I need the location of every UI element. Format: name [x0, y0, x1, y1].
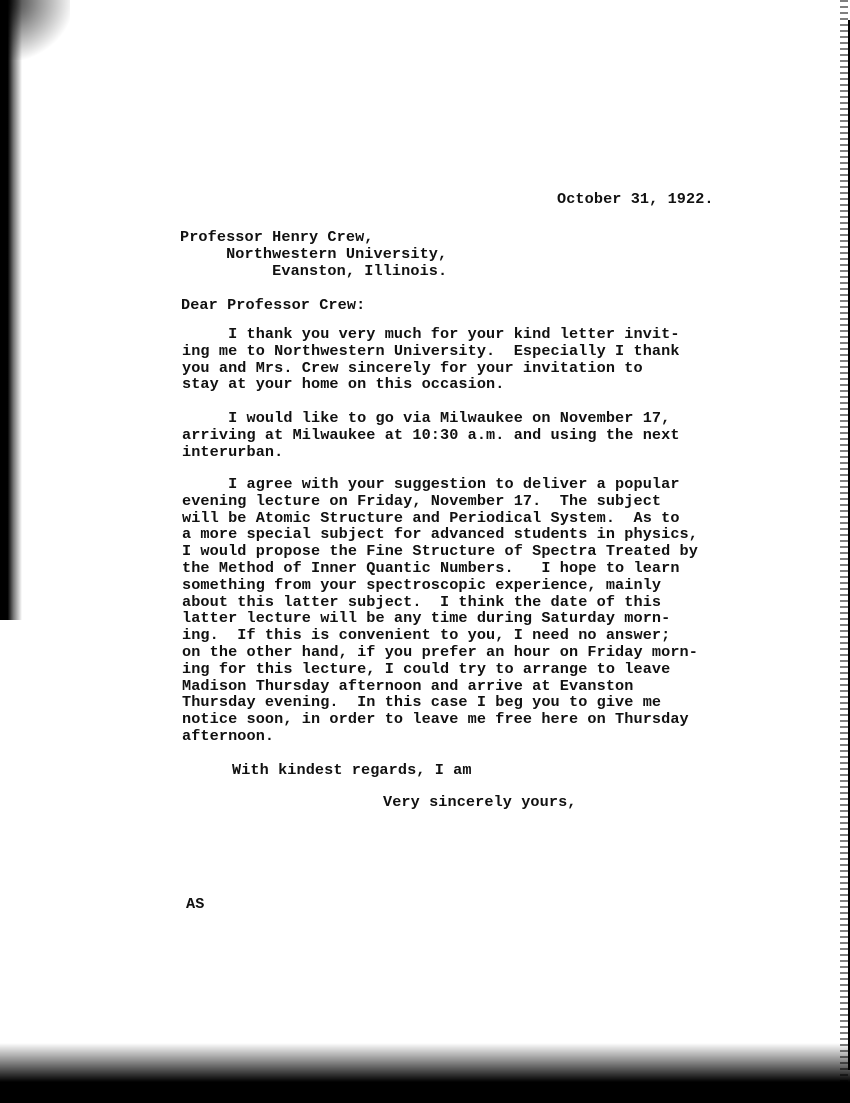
letter-page: October 31, 1922. Professor Henry Crew, …	[0, 0, 850, 1103]
closing: With kindest regards, I am	[232, 762, 472, 779]
paragraph-line: on the other hand, if you prefer an hour…	[182, 643, 698, 661]
paragraph-line: you and Mrs. Crew sincerely for your inv…	[182, 359, 643, 377]
signoff: Very sincerely yours,	[383, 794, 577, 811]
paragraph-line: I would like to go via Milwaukee on Nove…	[182, 409, 670, 427]
paragraph-line: latter lecture will be any time during S…	[182, 609, 670, 627]
paragraph-line: afternoon.	[182, 727, 274, 745]
paragraph-line: Madison Thursday afternoon and arrive at…	[182, 677, 634, 695]
paragraph-line: stay at your home on this occasion.	[182, 375, 505, 393]
letter-date: October 31, 1922.	[557, 191, 714, 208]
paragraph-line: about this latter subject. I think the d…	[182, 593, 661, 611]
paragraph-line: interurban.	[182, 443, 283, 461]
paragraph-line: Thursday evening. In this case I beg you…	[182, 693, 661, 711]
paragraph-line: will be Atomic Structure and Periodical …	[182, 509, 680, 527]
paragraph-2: I would like to go via Milwaukee on Nove…	[182, 410, 680, 460]
paragraph-3: I agree with your suggestion to deliver …	[182, 476, 698, 745]
scan-shadow-left	[0, 0, 22, 620]
typist-initials: AS	[186, 896, 204, 913]
paragraph-line: something from your spectroscopic experi…	[182, 576, 661, 594]
paragraph-line: ing for this lecture, I could try to arr…	[182, 660, 670, 678]
paragraph-line: ing. If this is convenient to you, I nee…	[182, 626, 670, 644]
paragraph-line: I would propose the Fine Structure of Sp…	[182, 542, 698, 560]
paragraph-1: I thank you very much for your kind lett…	[182, 326, 680, 393]
paragraph-line: arriving at Milwaukee at 10:30 a.m. and …	[182, 426, 680, 444]
paragraph-line: notice soon, in order to leave me free h…	[182, 710, 689, 728]
paragraph-line: the Method of Inner Quantic Numbers. I h…	[182, 559, 680, 577]
paragraph-line: I thank you very much for your kind lett…	[182, 325, 680, 343]
paragraph-line: ing me to Northwestern University. Espec…	[182, 342, 680, 360]
recipient-name: Professor Henry Crew,	[180, 228, 374, 246]
paragraph-line: I agree with your suggestion to deliver …	[182, 475, 680, 493]
salutation: Dear Professor Crew:	[181, 297, 365, 314]
recipient-address: Professor Henry Crew, Northwestern Unive…	[180, 229, 447, 279]
paragraph-line: a more special subject for advanced stud…	[182, 525, 698, 543]
recipient-location: Evanston, Illinois.	[180, 262, 447, 280]
scan-shadow-bottom	[0, 1043, 850, 1103]
paragraph-line: evening lecture on Friday, November 17. …	[182, 492, 661, 510]
scan-shadow-right	[840, 0, 848, 1103]
recipient-institution: Northwestern University,	[180, 245, 447, 263]
